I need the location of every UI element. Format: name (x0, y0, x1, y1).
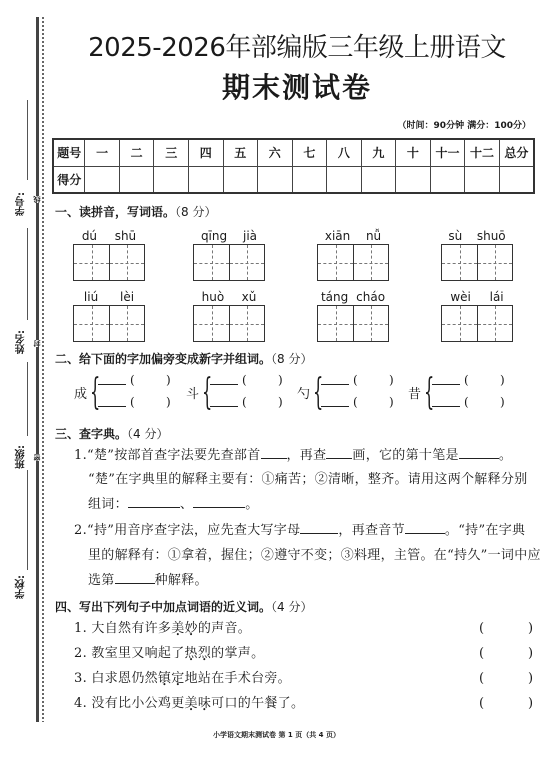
answer-blank[interactable] (459, 447, 499, 459)
paren-open: ( (464, 373, 469, 387)
pinyin-item: liúlèi (73, 289, 145, 342)
paren-close: ) (166, 373, 171, 387)
score-cell[interactable] (430, 166, 465, 193)
column-header: 十二 (465, 139, 500, 166)
paren-close: ) (389, 373, 394, 387)
synonym-question: 1. 大自然有许多美妙的声音。 (74, 618, 251, 640)
binding-line-thin (27, 228, 28, 320)
table-row-question-numbers: 题号 一 二 三 四 五 六 七 八 九 十 十一 十二 总分 (53, 139, 534, 166)
answer-blank[interactable] (128, 496, 180, 508)
section-title-text: 三、查字典。 (55, 427, 127, 441)
question-text: 2. 教室里又响起了 (74, 646, 185, 661)
pinyin-text: cháo (356, 289, 385, 305)
pinyin-text: táng (321, 289, 348, 305)
radical-blank[interactable] (210, 406, 238, 407)
pinyin-text: qīng (201, 228, 227, 244)
question-text: 的声音。 (198, 621, 251, 636)
binding-line-thin (27, 362, 28, 436)
radical-blank[interactable] (98, 384, 126, 385)
base-char: 成 (74, 383, 87, 402)
column-header: 八 (327, 139, 362, 166)
question-text: ，再查 (287, 448, 327, 463)
pinyin-item: sùshuō (441, 228, 513, 281)
paren-close: ) (528, 671, 533, 686)
section-3-title: 三、查字典。（4 分） (55, 425, 168, 442)
margin-mark-line: 线 (33, 196, 42, 203)
pinyin-text: shū (115, 228, 136, 244)
question-text: 。 (499, 448, 512, 463)
column-header: 三 (154, 139, 189, 166)
paren-close: ) (528, 621, 533, 636)
paren-open: ( (130, 395, 135, 409)
row-header: 题号 (53, 139, 85, 166)
base-char: 勺 (297, 383, 310, 402)
margin-mark-seal: 封 (33, 340, 42, 347)
column-header: 一 (85, 139, 120, 166)
answer-blank[interactable] (193, 496, 245, 508)
paren-open: ( (479, 621, 484, 636)
section-title-text: 四、写出下列句子中加点词语的近义词。 (55, 600, 271, 614)
question-text: 3. 白求恩仍然 (74, 671, 158, 686)
radical-blank[interactable] (432, 406, 460, 407)
column-header: 六 (258, 139, 293, 166)
answer-blank[interactable] (405, 522, 445, 534)
answer-blank[interactable] (300, 522, 338, 534)
question-text: 4. 没有比小公鸡更 (74, 696, 185, 711)
pinyin-text: shuō (477, 228, 506, 244)
synonym-question: 3. 白求恩仍然镇定地站在手术台旁。 (74, 668, 291, 690)
question-3-1-line1: 1.“楚”按部首查字法要先查部首，再查画，它的第十笔是。 (74, 445, 512, 467)
margin-mark-secret: 密 (33, 454, 42, 461)
score-cell[interactable] (223, 166, 258, 193)
radical-blank[interactable] (321, 406, 349, 407)
exam-info: （时间：90分钟 满分：100分） (398, 118, 531, 131)
score-cell[interactable] (499, 166, 534, 193)
paren-close: ) (500, 373, 505, 387)
column-header: 七 (292, 139, 327, 166)
pinyin-text: nǚ (366, 228, 381, 244)
table-row-scores: 得分 (53, 166, 534, 193)
question-3-1-line3: 组词：、。 (88, 494, 259, 516)
question-text: 、 (180, 497, 193, 512)
question-text: 1.“楚”按部首查字法要先查部首 (74, 448, 261, 463)
paren-open: ( (353, 373, 358, 387)
pinyin-item: huòxǔ (193, 289, 265, 342)
base-char: 斗 (186, 383, 199, 402)
pinyin-text: lái (490, 289, 504, 305)
radical-item: 勺 { ( ) ( ) (297, 373, 415, 413)
page-subtitle: 期末测试卷 (52, 66, 542, 106)
paren-close: ) (166, 395, 171, 409)
pinyin-text: jià (243, 228, 257, 244)
score-cell[interactable] (465, 166, 500, 193)
score-cell[interactable] (361, 166, 396, 193)
pinyin-text: xǔ (242, 289, 257, 305)
pinyin-text: huò (202, 289, 225, 305)
writing-grid[interactable] (193, 244, 265, 281)
section-points: （4 分） (127, 427, 168, 441)
section-title-text: 二、给下面的字加偏旁变成新字并组词。 (55, 352, 271, 366)
binding-line-thin (27, 100, 28, 180)
section-points: （4 分） (271, 600, 312, 614)
question-text: 2.“持”用音序查字法，应先查大写字母 (74, 523, 300, 538)
writing-grid[interactable] (73, 244, 145, 281)
section-2-title: 二、给下面的字加偏旁变成新字并组词。（8 分） (55, 350, 312, 367)
page-footer: 小学语文期末测试卷 第 1 页（共 4 页） (0, 730, 553, 740)
pinyin-text: wèi (450, 289, 471, 305)
radical-blank[interactable] (98, 406, 126, 407)
writing-grid[interactable] (441, 244, 513, 281)
paren-open: ( (242, 395, 247, 409)
dotted-char: 热 (185, 646, 198, 661)
pinyin-item: wèilái (441, 289, 513, 342)
paren-close: ) (500, 395, 505, 409)
question-text: ，再查音节 (338, 523, 405, 538)
pinyin-item: tángcháo (317, 289, 389, 342)
answer-blank[interactable] (115, 572, 155, 584)
score-cell[interactable] (396, 166, 431, 193)
answer-blank[interactable] (326, 447, 352, 459)
page-title: 2025-2026年部编版三年级上册语文 (52, 27, 542, 64)
paren-open: ( (353, 395, 358, 409)
column-header: 九 (361, 139, 396, 166)
score-cell[interactable] (188, 166, 223, 193)
paren-close: ) (278, 395, 283, 409)
answer-field[interactable] (486, 670, 526, 688)
paren-open: ( (130, 373, 135, 387)
column-header: 十 (396, 139, 431, 166)
question-3-2-line1: 2.“持”用音序查字法，应先查大写字母，再查音节。“持”在字典 (74, 520, 525, 542)
binding-line-solid (36, 17, 39, 722)
answer-field[interactable] (486, 620, 526, 638)
dotted-char: 烈 (198, 646, 211, 661)
paren-open: ( (242, 373, 247, 387)
score-table: 题号 一 二 三 四 五 六 七 八 九 十 十一 十二 总分 得分 (52, 138, 535, 194)
question-3-1-line2: “楚”在字典里的解释主要有：①痛苦；②清晰，整齐。请用这两个解释分别 (88, 469, 528, 491)
answer-blank[interactable] (261, 447, 287, 459)
dotted-char: 美 (185, 696, 198, 711)
paren-close: ) (528, 646, 533, 661)
pinyin-text: liú (84, 289, 98, 305)
pinyin-text: lèi (120, 289, 134, 305)
answer-field[interactable] (486, 695, 526, 713)
radical-blank[interactable] (321, 384, 349, 385)
paren-close: ) (389, 395, 394, 409)
radical-item: 昔 { ( ) ( ) (408, 373, 526, 413)
section-points: （8 分） (175, 205, 216, 219)
question-text: 画，它的第十笔是 (352, 448, 458, 463)
question-text: 1. 大自然有许多 (74, 621, 171, 636)
synonym-question: 4. 没有比小公鸡更美味可口的午餐了。 (74, 693, 304, 715)
name-label: 姓名: (14, 330, 29, 354)
pinyin-item: qīngjià (193, 228, 265, 281)
school-label: 学校: (14, 575, 29, 599)
radical-blank[interactable] (210, 384, 238, 385)
answer-field[interactable] (486, 645, 526, 663)
score-cell[interactable] (258, 166, 293, 193)
dotted-char: 妙 (185, 621, 198, 636)
score-cell[interactable] (327, 166, 362, 193)
radical-item: 成 { ( ) ( ) (74, 373, 192, 413)
paren-close: ) (278, 373, 283, 387)
student-id-label: 学号: (14, 192, 29, 216)
pinyin-text: dú (82, 228, 97, 244)
dotted-char: 美 (171, 621, 184, 636)
pinyin-item: dúshū (73, 228, 145, 281)
question-text: 地站在手术台旁。 (185, 671, 291, 686)
question-3-2-line3: 选第种解释。 (88, 570, 208, 592)
dotted-char: 定 (171, 671, 184, 686)
column-header: 十一 (430, 139, 465, 166)
column-header: 四 (188, 139, 223, 166)
writing-grid[interactable] (193, 305, 265, 342)
paren-open: ( (479, 671, 484, 686)
question-text: 选第 (88, 573, 115, 588)
base-char: 昔 (408, 383, 421, 402)
section-points: （8 分） (271, 352, 312, 366)
question-text: 。“持”在字典 (445, 523, 525, 538)
writing-grid[interactable] (441, 305, 513, 342)
synonym-question: 2. 教室里又响起了热烈的掌声。 (74, 643, 264, 665)
paren-open: ( (479, 696, 484, 711)
paren-open: ( (464, 395, 469, 409)
paren-open: ( (479, 646, 484, 661)
writing-grid[interactable] (73, 305, 145, 342)
writing-grid[interactable] (317, 244, 389, 281)
dotted-char: 味 (198, 696, 211, 711)
score-cell[interactable] (119, 166, 154, 193)
score-cell[interactable] (85, 166, 120, 193)
dotted-char: 镇 (158, 671, 171, 686)
radical-item: 斗 { ( ) ( ) (186, 373, 304, 413)
score-cell[interactable] (292, 166, 327, 193)
question-text: 的掌声。 (211, 646, 264, 661)
writing-grid[interactable] (317, 305, 389, 342)
class-label: 班级: (14, 445, 29, 469)
pinyin-item: xiānnǚ (317, 228, 389, 281)
column-header: 二 (119, 139, 154, 166)
row-header: 得分 (53, 166, 85, 193)
pinyin-text: sù (448, 228, 462, 244)
column-header: 五 (223, 139, 258, 166)
section-title-text: 一、读拼音，写词语。 (55, 205, 175, 219)
binding-line-thin (27, 470, 28, 570)
paren-close: ) (528, 696, 533, 711)
section-1-title: 一、读拼音，写词语。（8 分） (55, 203, 216, 220)
question-text: 种解释。 (155, 573, 208, 588)
column-header: 总分 (499, 139, 534, 166)
question-3-2-line2: 里的解释有：①拿着，握住；②遵守不变；③料理，主管。在“持久”一词中应 (88, 545, 541, 567)
section-4-title: 四、写出下列句子中加点词语的近义词。（4 分） (55, 598, 312, 615)
binding-line-dashed (42, 17, 44, 722)
radical-blank[interactable] (432, 384, 460, 385)
question-text: 。 (245, 497, 258, 512)
score-cell[interactable] (154, 166, 189, 193)
question-text: 可口的午餐了。 (211, 696, 304, 711)
question-text: 组词： (88, 497, 128, 512)
pinyin-text: xiān (325, 228, 350, 244)
